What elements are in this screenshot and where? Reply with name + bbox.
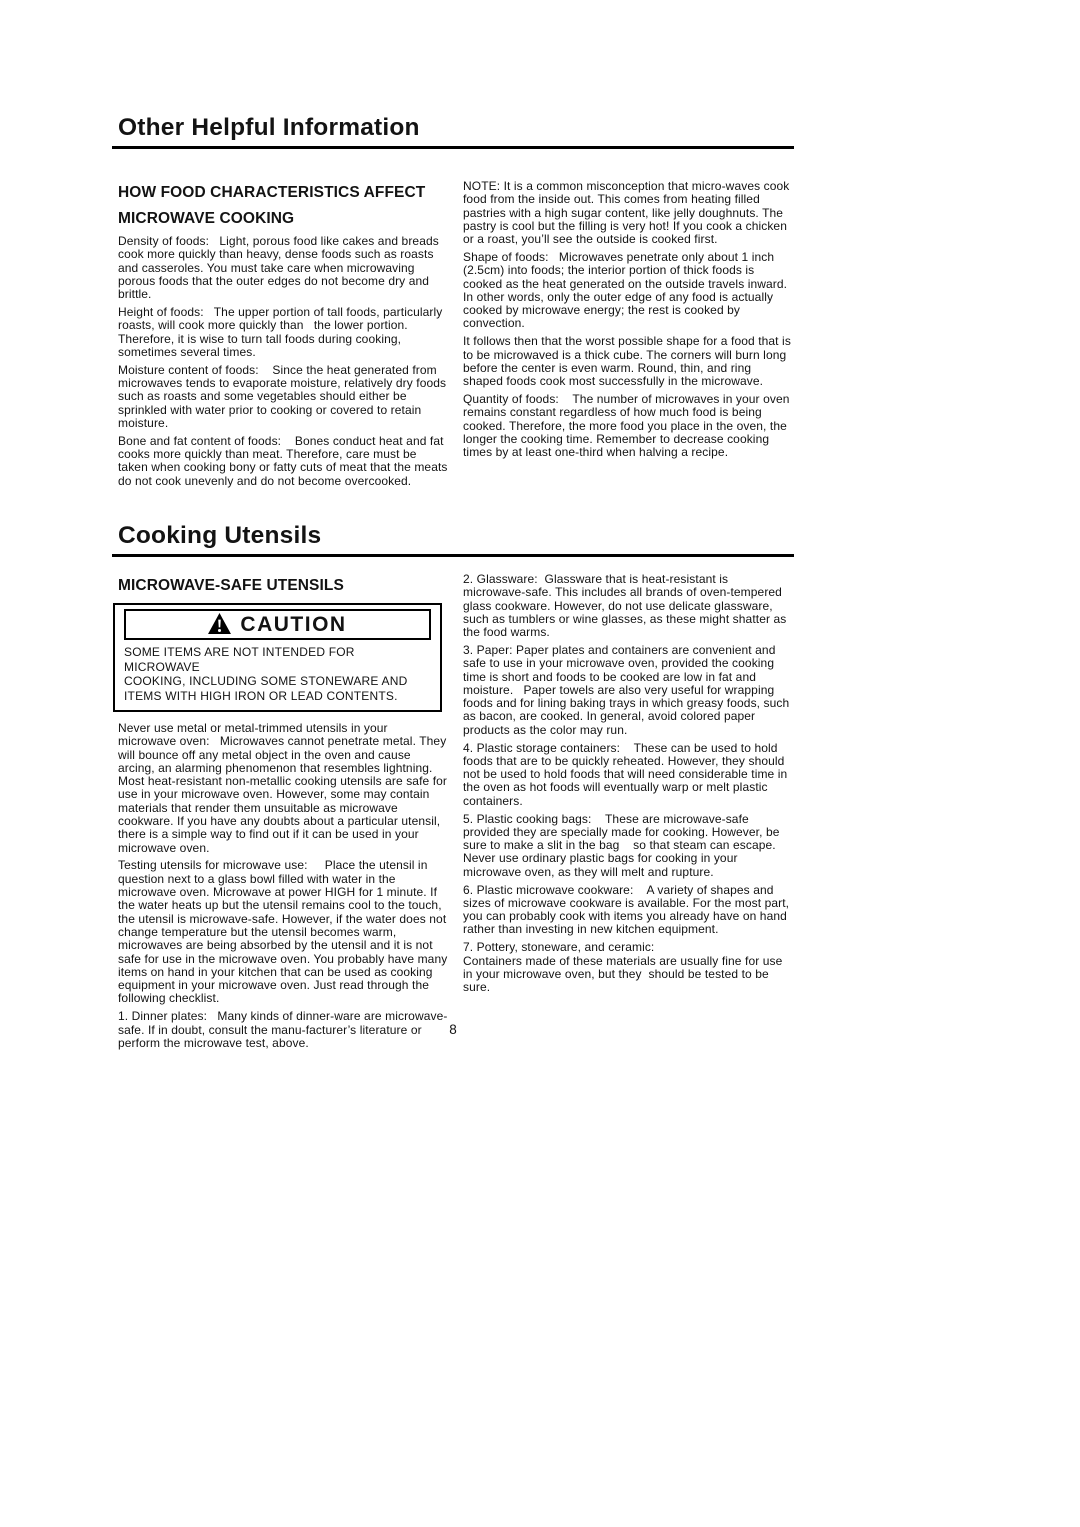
warning-triangle-icon <box>208 613 231 634</box>
left-column: MICROWAVE-SAFE UTENSILS CAUTION SOME ITE… <box>118 573 448 1055</box>
section-title: Cooking Utensils <box>112 521 794 557</box>
right-column: NOTE: It is a common misconception that … <box>463 180 793 492</box>
caution-header: CAUTION <box>124 609 431 640</box>
body-paragraph: 2. Glassware: Glassware that is heat-res… <box>463 573 793 639</box>
body-paragraph: Height of foods: The upper portion of ta… <box>118 306 448 359</box>
body-paragraph: Density of foods: Light, porous food lik… <box>118 235 448 301</box>
body-paragraph: Never use metal or metal-trimmed utensil… <box>118 722 448 855</box>
page-number: 8 <box>112 1022 794 1037</box>
two-column-layout: HOW FOOD CHARACTERISTICS AFFECT MICROWAV… <box>112 180 794 492</box>
caution-label: CAUTION <box>240 613 346 637</box>
right-column: 2. Glassware: Glassware that is heat-res… <box>463 573 793 1055</box>
column-heading: MICROWAVE-SAFE UTENSILS <box>118 573 448 599</box>
body-paragraph: 6. Plastic microwave cookware: A variety… <box>463 884 793 937</box>
section-cooking-utensils: Cooking Utensils MICROWAVE-SAFE UTENSILS… <box>112 521 794 1055</box>
body-paragraph: It follows then that the worst possible … <box>463 335 793 388</box>
two-column-layout: MICROWAVE-SAFE UTENSILS CAUTION SOME ITE… <box>112 573 794 1055</box>
left-column: HOW FOOD CHARACTERISTICS AFFECT MICROWAV… <box>118 180 448 492</box>
caution-box: CAUTION SOME ITEMS ARE NOT INTENDED FOR … <box>113 603 442 712</box>
body-paragraph: 4. Plastic storage containers: These can… <box>463 742 793 808</box>
body-paragraph: NOTE: It is a common misconception that … <box>463 180 793 246</box>
caution-text: SOME ITEMS ARE NOT INTENDED FOR MICROWAV… <box>124 645 431 703</box>
body-paragraph: 5. Plastic cooking bags: These are micro… <box>463 813 793 879</box>
body-paragraph: Bone and fat content of foods: Bones con… <box>118 435 448 488</box>
body-paragraph: Moisture content of foods: Since the hea… <box>118 364 448 430</box>
column-heading: HOW FOOD CHARACTERISTICS AFFECT MICROWAV… <box>118 180 448 232</box>
body-paragraph: Shape of foods: Microwaves penetrate onl… <box>463 251 793 331</box>
body-paragraph: 3. Paper: Paper plates and containers ar… <box>463 644 793 737</box>
body-paragraph: Quantity of foods: The number of microwa… <box>463 393 793 459</box>
body-paragraph: 7. Pottery, stoneware, and ceramic: Cont… <box>463 941 793 994</box>
body-paragraph: Testing utensils for microwave use: Plac… <box>118 859 448 1005</box>
section-title: Other Helpful Information <box>112 113 794 149</box>
section-other-helpful-information: Other Helpful Information HOW FOOD CHARA… <box>112 113 794 492</box>
